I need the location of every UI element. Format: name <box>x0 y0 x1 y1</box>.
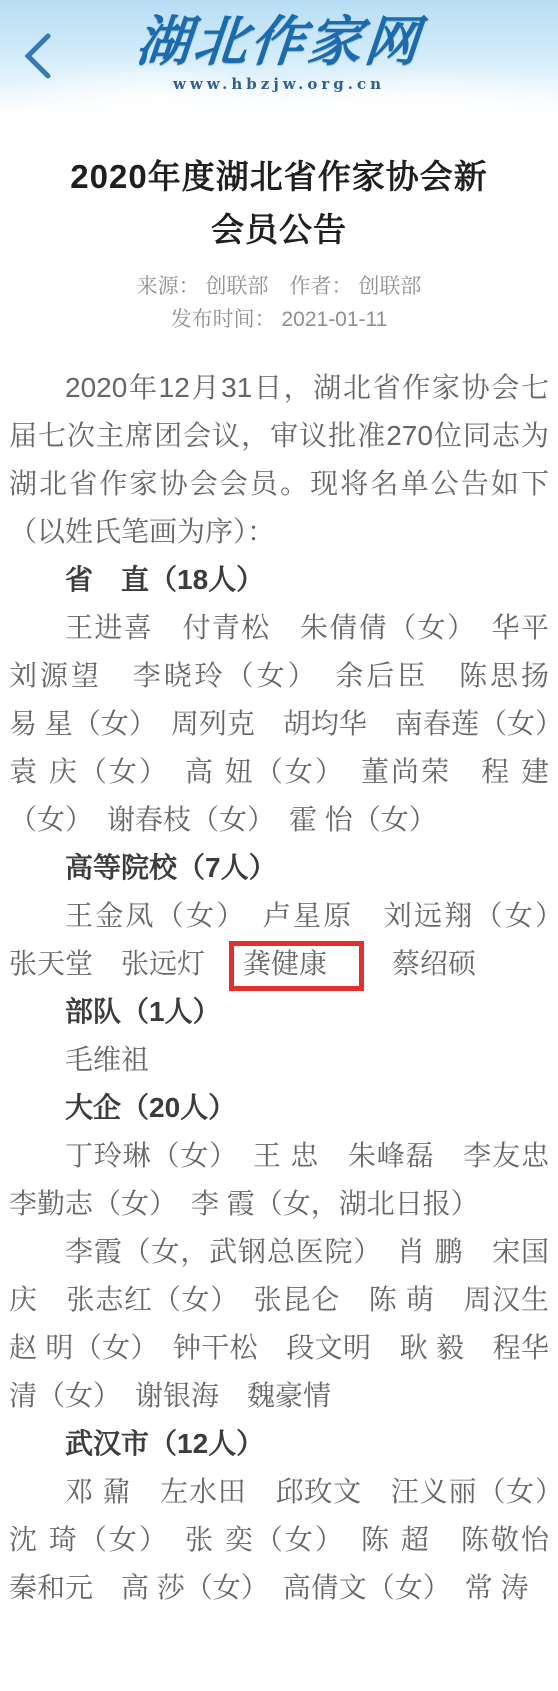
group-members-wuhan: 邓 鼐 左水田 邱玫文 汪义丽（女） 沈 琦（女） 张 奕（女） 陈 超 陈敬怡… <box>9 1468 549 1612</box>
chevron-left-icon <box>20 31 54 81</box>
back-button[interactable] <box>18 30 56 82</box>
group-members-enterprises-2: 李霞（女，武钢总医院） 肖 鹏 宋国庆 张志红（女） 张昆仑 陈 萌 周汉生 赵… <box>9 1228 549 1420</box>
site-url: www.hbzjw.org.cn <box>0 75 558 93</box>
members-after-highlight: 蔡绍硕 <box>364 948 476 979</box>
site-header: 湖北作家网 www.hbzjw.org.cn <box>0 0 558 114</box>
intro-paragraph: 2020年12月31日，湖北省作家协会七届七次主席团会议，审议批准270位同志为… <box>9 364 549 556</box>
meta-publish-date: 发布时间： 2021-01-11 <box>9 303 549 336</box>
article-body: 2020年度湖北省作家协会新会员公告 来源： 创联部 作者： 创联部 发布时间：… <box>0 150 558 1612</box>
group-heading-army: 部队（1人） <box>9 988 549 1036</box>
group-heading-colleges: 高等院校（7人） <box>9 844 549 892</box>
article-meta: 来源： 创联部 作者： 创联部 发布时间： 2021-01-11 <box>9 270 549 336</box>
meta-source-author: 来源： 创联部 作者： 创联部 <box>9 270 549 303</box>
group-members-enterprises-1: 丁玲琳（女） 王 忠 朱峰磊 李友忠 李勤志（女） 李 霞（女，湖北日报） <box>9 1132 549 1228</box>
group-members-army: 毛维祖 <box>9 1036 549 1084</box>
group-heading-enterprises: 大企（20人） <box>9 1084 549 1132</box>
group-members-colleges: 王金凤（女） 卢星原 刘远翔（女） 张天堂 张远灯 龚健康 蔡绍硕 <box>9 892 549 988</box>
site-logo: 湖北作家网 <box>133 0 424 74</box>
group-members-provincial: 王进喜 付青松 朱倩倩（女） 华平 刘源望 李晓玲（女） 余后臣 陈思扬 易 星… <box>9 604 549 844</box>
page-title: 2020年度湖北省作家协会新会员公告 <box>61 150 497 256</box>
highlighted-member-box: 龚健康 <box>229 941 364 991</box>
group-heading-wuhan: 武汉市（12人） <box>9 1420 549 1468</box>
group-heading-provincial: 省 直（18人） <box>9 556 549 604</box>
